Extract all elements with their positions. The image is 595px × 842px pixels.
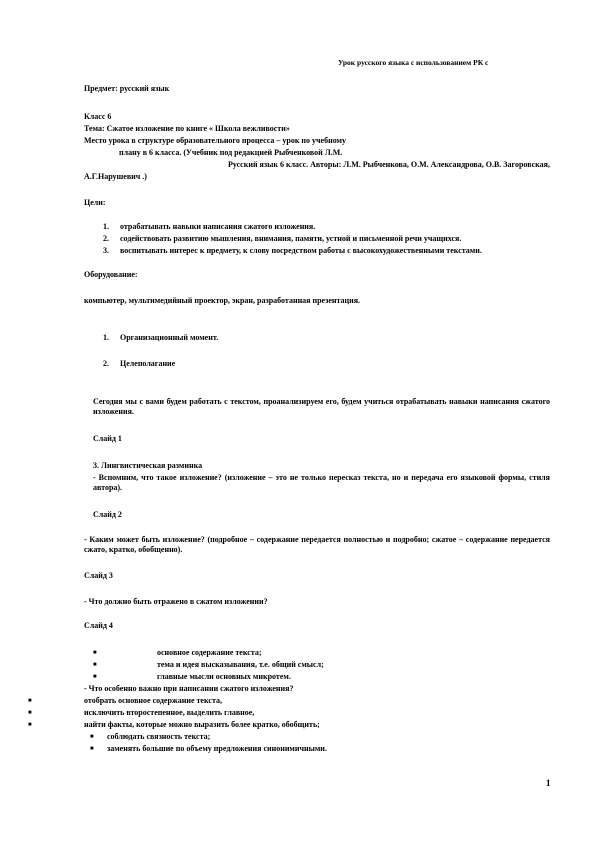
slide-2-heading: Слайд 2	[93, 510, 122, 520]
place-line-3: Русский язык 6 класс. Авторы: Л.М. Рыбче…	[148, 160, 550, 170]
goal-item: содействовать развитию мышления, внимани…	[120, 234, 461, 244]
list-item: основное содержание текста;	[157, 648, 262, 658]
stage-number: 1.	[103, 333, 109, 343]
goal-number: 1.	[103, 222, 109, 232]
goal-item: воспитывать интерес к предмету, к слову …	[120, 246, 482, 256]
bullet-icon: ■	[93, 672, 97, 682]
goal-number: 3.	[103, 246, 109, 256]
list-item: соблюдать связность текста;	[107, 732, 210, 742]
place-line-1: Место урока в структуре образовательного…	[84, 136, 346, 146]
bullet-icon: ■	[90, 732, 94, 742]
page-header: Урок русского языка с использованием РК …	[338, 58, 488, 68]
slide-4-heading: Слайд 4	[84, 621, 113, 631]
subject-line: Предмет: русский язык	[84, 84, 169, 94]
topic-line: Тема: Сжатое изложение по книге « Школа …	[84, 124, 290, 134]
goal-number: 2.	[103, 234, 109, 244]
bullet-icon: ■	[90, 744, 94, 754]
slide-3-text: - Что должно быть отражено в сжатом изло…	[84, 597, 268, 607]
intro-paragraph: Сегодня мы с вами будем работать с текст…	[93, 397, 550, 417]
bullet-icon: ■	[93, 648, 97, 658]
equipment-heading: Оборудование:	[84, 270, 138, 280]
bullet-icon: ■	[28, 696, 32, 706]
slide-1-text: - Вспомним, что такое изложение? (изложе…	[93, 473, 550, 493]
goal-item: отрабатывать навыки написания сжатого из…	[120, 222, 315, 232]
page-number: 1	[546, 778, 551, 788]
stage-item: Организационный момент.	[120, 333, 218, 343]
slide-1-heading: Слайд 1	[93, 434, 122, 444]
stage-item: Целеполагание	[120, 359, 175, 369]
bullet-icon: ■	[28, 708, 32, 718]
list-item: исключить второстепенное, выделить главн…	[84, 708, 254, 718]
list-item: отобрать основное содержание текста,	[84, 696, 222, 706]
equipment-text: компьютер, мультимедийный проектор, экра…	[84, 296, 360, 306]
list-item: заменять большие по объему предложения с…	[107, 744, 327, 754]
list-item: найти факты, которые можно выразить боле…	[84, 720, 320, 730]
bullet-icon: ■	[93, 660, 97, 670]
slide-2-text: - Каким может быть изложение? (подробное…	[84, 535, 550, 555]
slide-4-question: - Что особенно важно при написании сжато…	[84, 684, 293, 694]
stage-number: 2.	[103, 359, 109, 369]
slide-1-subheading: 3. Лингвистическая разминка	[93, 461, 202, 471]
place-line-4: А.Г.Нарушевич .)	[84, 172, 147, 182]
bullet-icon: ■	[28, 720, 32, 730]
place-line-2: плану в 6 класса. (Учебник под редакцией…	[119, 148, 342, 158]
list-item: тема и идея высказывания, т.е. общий смы…	[157, 660, 324, 670]
grade-line: Класс 6	[84, 112, 111, 122]
slide-3-heading: Слайд 3	[84, 571, 113, 581]
list-item: главные мысли основных микротем.	[157, 672, 291, 682]
goals-heading: Цели:	[84, 198, 106, 208]
